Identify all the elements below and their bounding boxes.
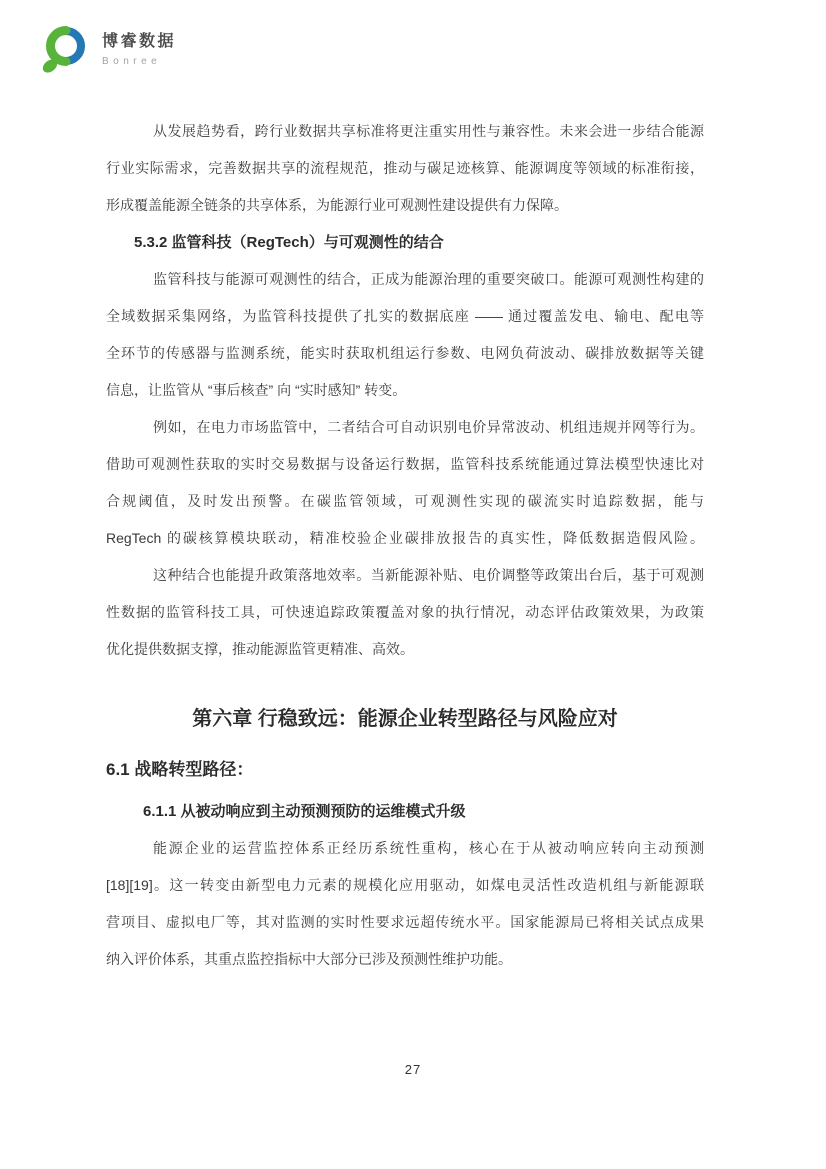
text-line: 例如，在电力市场监管中，二者结合可自动识别电价异常波动、机组违规并网等行为。 <box>106 409 704 446</box>
text-line: 全域数据采集网络，为监管科技提供了扎实的数据底座 —— 通过覆盖发电、输电、配电… <box>106 298 704 335</box>
bonree-swirl-icon <box>40 24 90 76</box>
paragraph-policy-efficiency: 这种结合也能提升政策落地效率。当新能源补贴、电价调整等政策出台后，基于可观测性数… <box>106 557 704 668</box>
paragraph-regtech-observability: 监管科技与能源可观测性的结合，正成为能源治理的重要突破口。能源可观测性构建的全域… <box>106 261 704 409</box>
text-line: 纳入评价体系，其重点监控指标中大部分已涉及预测性维护功能。 <box>106 941 704 978</box>
text-line: 行业实际需求，完善数据共享的流程规范，推动与碳足迹核算、能源调度等领域的标准衔接… <box>106 150 704 187</box>
text-line: 合规阈值，及时发出预警。在碳监管领域，可观测性实现的碳流实时追踪数据，能与 <box>106 483 704 520</box>
text-line: 优化提供数据支撑，推动能源监管更精准、高效。 <box>106 631 704 668</box>
text-line: 性数据的监管科技工具，可快速追踪政策覆盖对象的执行情况，动态评估政策效果，为政策 <box>106 594 704 631</box>
paragraph-power-market-example: 例如，在电力市场监管中，二者结合可自动识别电价异常波动、机组违规并网等行为。借助… <box>106 409 704 557</box>
text-line: RegTech 的碳核算模块联动，精准校验企业碳排放报告的真实性，降低数据造假风… <box>106 520 704 557</box>
text-line: 监管科技与能源可观测性的结合，正成为能源治理的重要突破口。能源可观测性构建的 <box>106 261 704 298</box>
text-line: [18][19]。这一转变由新型电力元素的规模化应用驱动，如煤电灵活性改造机组与… <box>106 867 704 904</box>
document-page: 博睿数据 Bonree 从发展趋势看，跨行业数据共享标准将更注重实用性与兼容性。… <box>0 0 826 1169</box>
chapter-6-title: 第六章 行稳致远：能源企业转型路径与风险应对 <box>106 697 704 741</box>
heading-6-1-strategy: 6.1 战略转型路径： <box>106 749 704 791</box>
text-line: 全环节的传感器与监测系统，能实时获取机组运行参数、电网负荷波动、碳排放数据等关键 <box>106 335 704 372</box>
text-line: 能源企业的运营监控体系正经历系统性重构，核心在于从被动响应转向主动预测 <box>106 830 704 867</box>
text-line: 营项目、虚拟电厂等，其对监测的实时性要求远超传统水平。国家能源局已将相关试点成果 <box>106 904 704 941</box>
heading-5-3-2-regtech: 5.3.2 监管科技（RegTech）与可观测性的结合 <box>106 224 704 261</box>
text-line: 从发展趋势看，跨行业数据共享标准将更注重实用性与兼容性。未来会进一步结合能源 <box>106 113 704 150</box>
page-number: 27 <box>0 1062 826 1077</box>
heading-6-1-1-ops-upgrade: 6.1.1 从被动响应到主动预测预防的运维模式升级 <box>106 793 704 830</box>
text-line: 信息，让监管从 “事后核查” 向 “实时感知” 转变。 <box>106 372 704 409</box>
text-line: 借助可观测性获取的实时交易数据与设备运行数据，监管科技系统能通过算法模型快速比对 <box>106 446 704 483</box>
text-line: 这种结合也能提升政策落地效率。当新能源补贴、电价调整等政策出台后，基于可观测 <box>106 557 704 594</box>
document-body: 从发展趋势看，跨行业数据共享标准将更注重实用性与兼容性。未来会进一步结合能源行业… <box>106 0 704 978</box>
paragraph-ops-monitoring-rebuild: 能源企业的运营监控体系正经历系统性重构，核心在于从被动响应转向主动预测[18][… <box>106 830 704 978</box>
text-line: 形成覆盖能源全链条的共享体系，为能源行业可观测性建设提供有力保障。 <box>106 187 704 224</box>
paragraph-data-sharing-trend: 从发展趋势看，跨行业数据共享标准将更注重实用性与兼容性。未来会进一步结合能源行业… <box>106 113 704 224</box>
